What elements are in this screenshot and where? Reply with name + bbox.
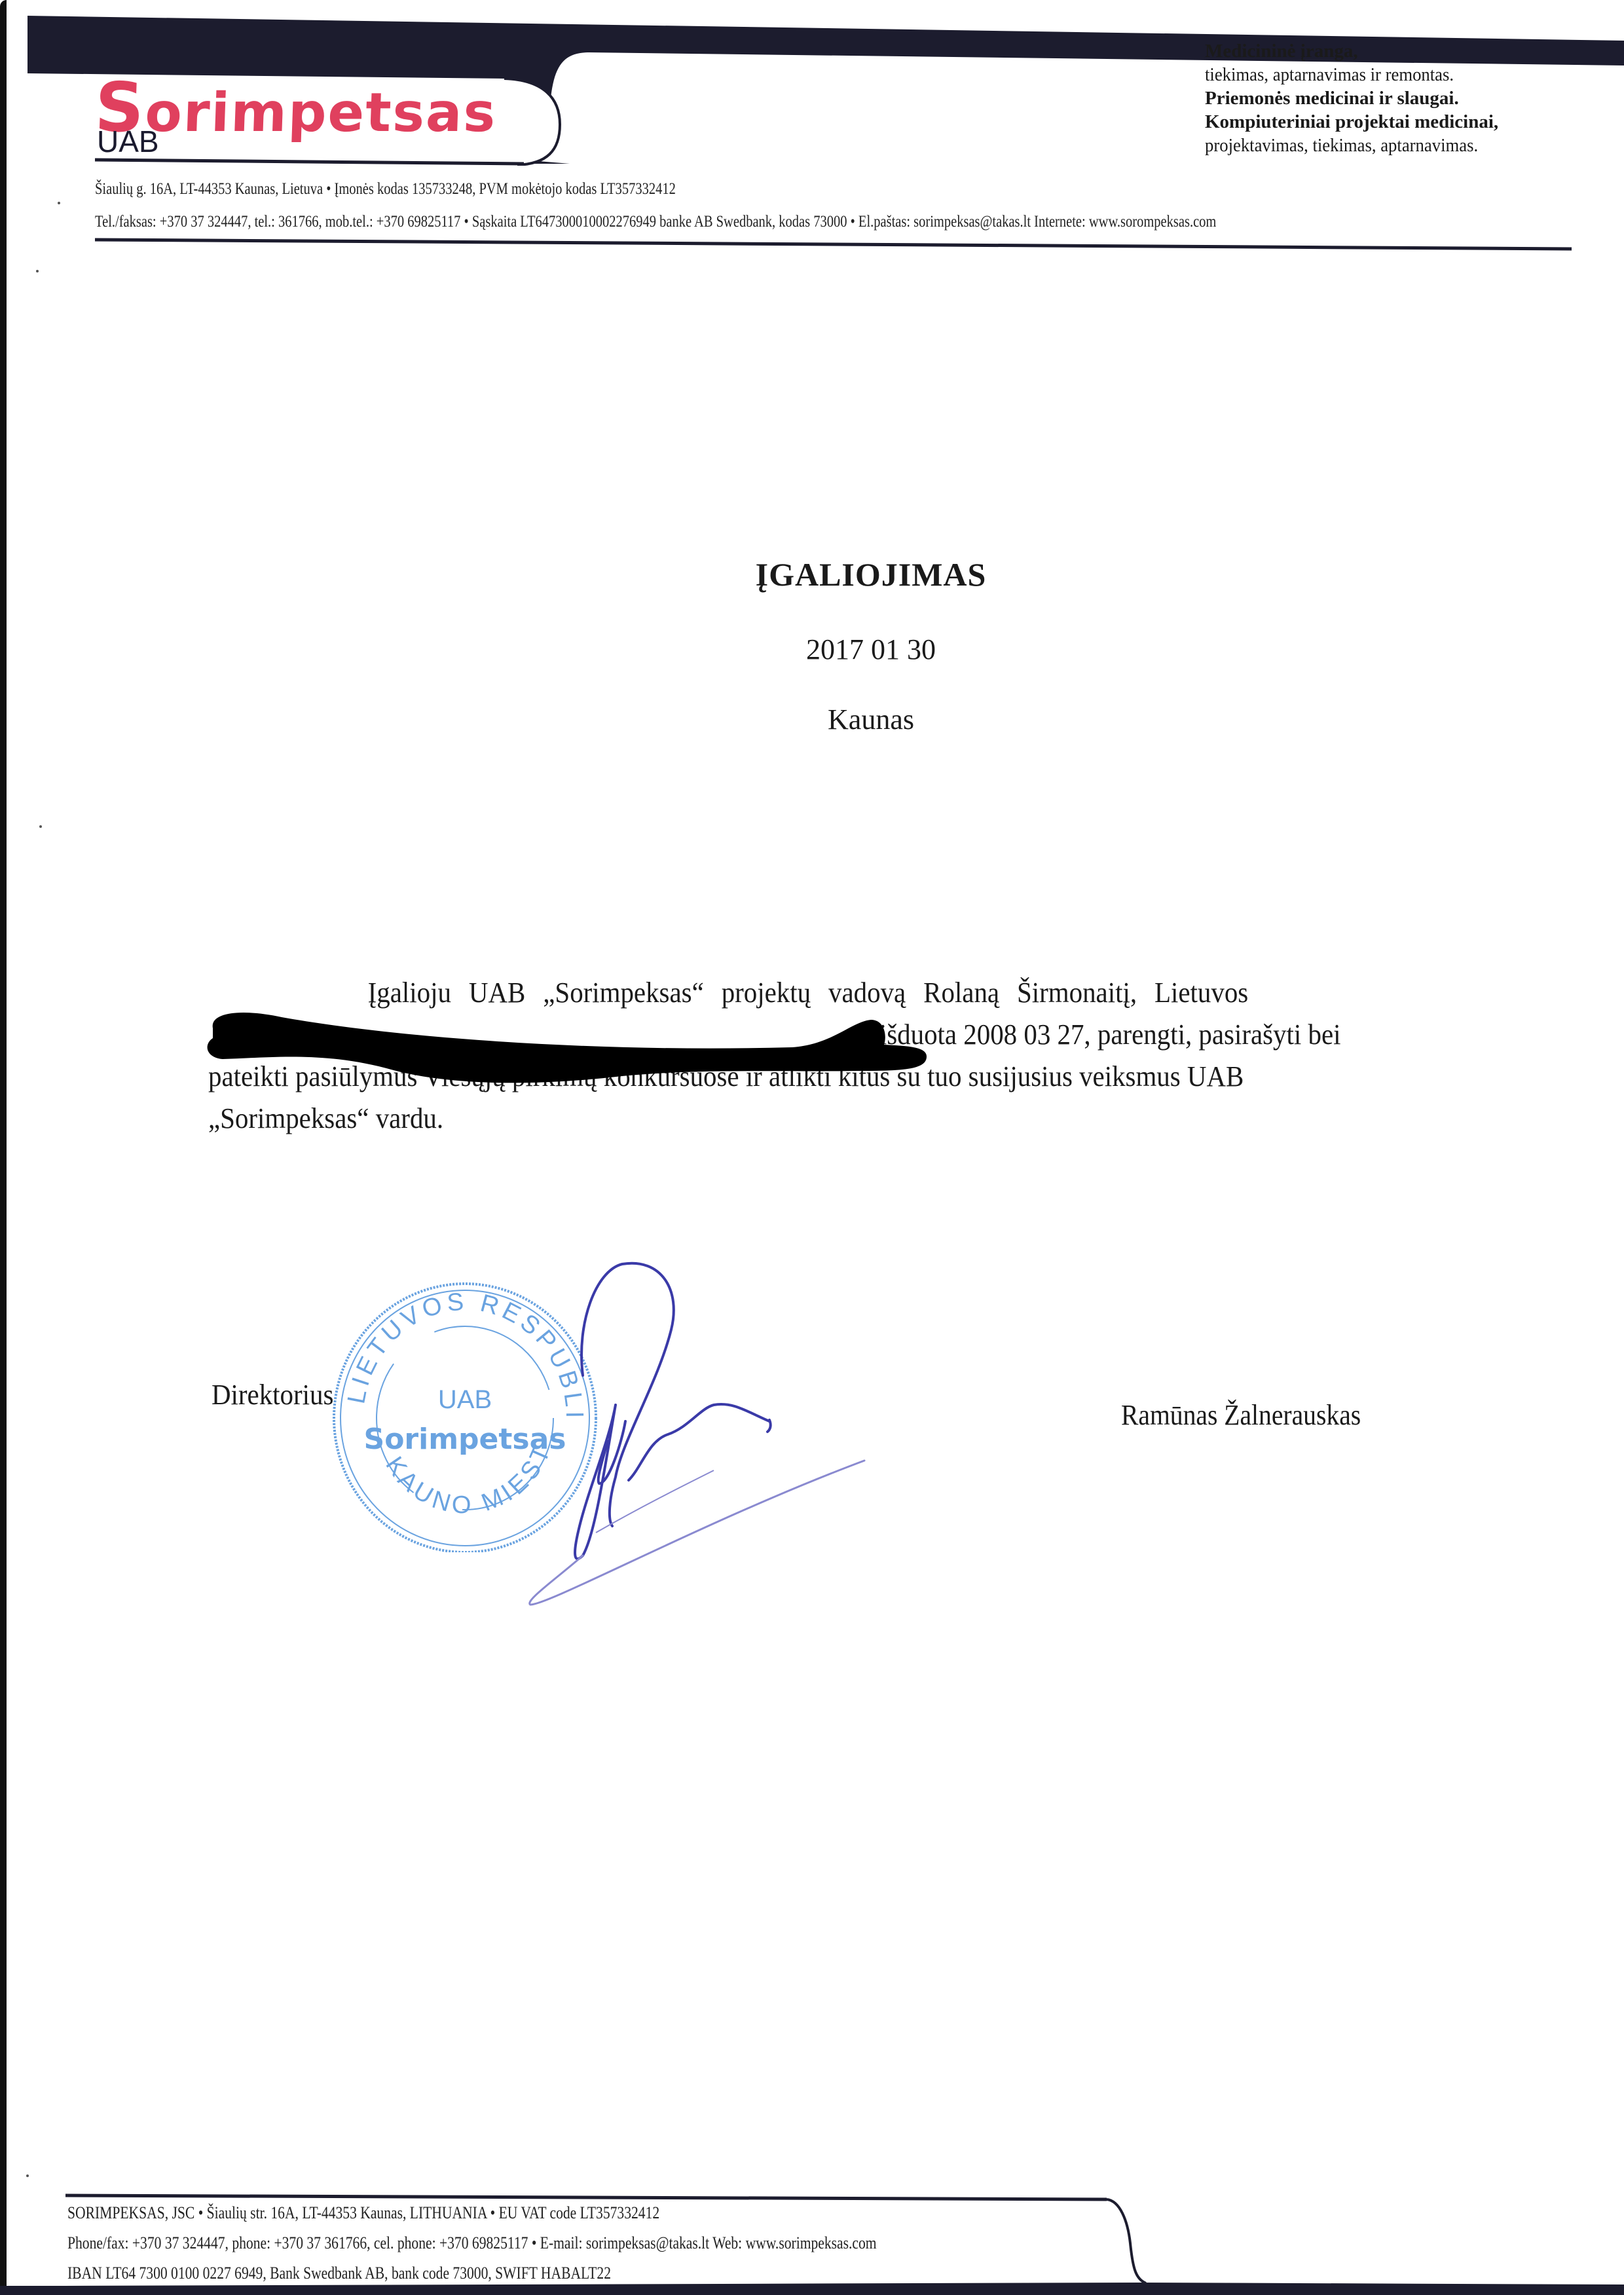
- scan-speck: [39, 825, 42, 828]
- handwritten-signature: [511, 1244, 969, 1611]
- redaction-mark: [203, 1005, 936, 1091]
- footer-contacts: Phone/fax: +370 37 324447, phone: +370 3…: [67, 2235, 877, 2252]
- document-city: Kaunas: [0, 703, 1624, 736]
- document-date: 2017 01 30: [0, 633, 1624, 666]
- footer-company-info: SORIMPEKSAS, JSC • Šiaulių str. 16A, LT-…: [67, 2205, 659, 2222]
- document-title: ĮGALIOJIMAS: [0, 555, 1624, 593]
- scan-speck: [26, 2174, 29, 2177]
- tagline-line: projektavimas, tiekimas, aptarnavimas.: [1205, 134, 1578, 157]
- signatory-name: Ramūnas Žalnerauskas: [1121, 1398, 1361, 1432]
- tagline-line: Kompiuteriniai projektai medicinai,: [1205, 110, 1611, 134]
- footer-bank-info: IBAN LT64 7300 0100 0227 6949, Bank Swed…: [67, 2265, 611, 2282]
- signatory-role: Direktorius: [212, 1378, 333, 1411]
- letterhead-contacts: Tel./faksas: +370 37 324447, tel.: 36176…: [95, 214, 1216, 230]
- letterhead-address: Šiaulių g. 16A, LT-44353 Kaunas, Lietuva…: [95, 181, 676, 197]
- scan-speck: [36, 270, 39, 272]
- company-logo-sub: UAB: [97, 126, 159, 157]
- tagline-line: Medicininė įranga,: [1205, 39, 1611, 63]
- body-line: „Sorimpeksas“ vardu.: [208, 1098, 1409, 1140]
- letterhead-tagline: Medicininė įranga, tiekimas, aptarnavima…: [1205, 39, 1611, 157]
- scan-speck: [58, 202, 60, 204]
- svg-text:UAB: UAB: [438, 1385, 492, 1414]
- tagline-line: Priemonės medicinai ir slaugai.: [1205, 86, 1611, 110]
- scan-border: [0, 0, 7, 2295]
- tagline-line: tiekimas, aptarnavimas ir remontas.: [1205, 63, 1578, 86]
